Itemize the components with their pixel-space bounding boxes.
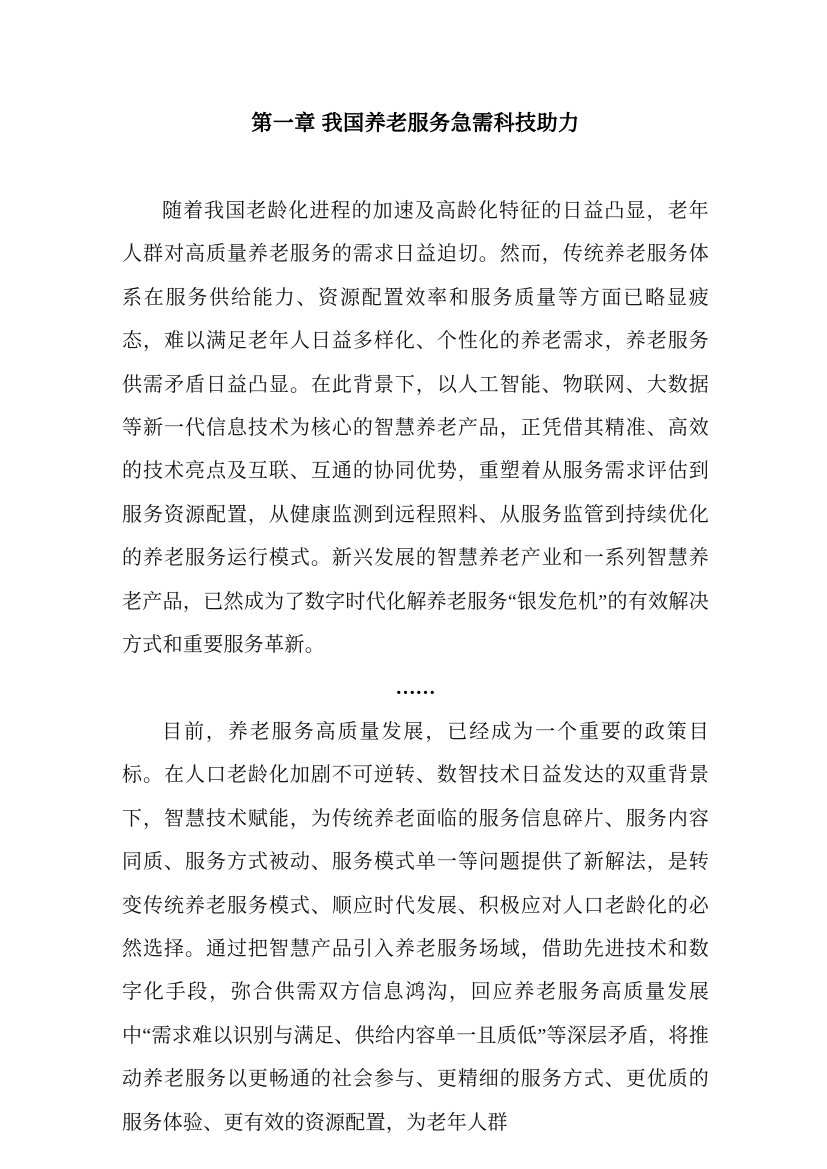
document-page: 第一章 我国养老服务急需科技助力 随着我国老龄化进程的加速及高龄化特征的日益凸显… <box>0 0 827 1169</box>
paragraph-2: 目前，养老服务高质量发展，已经成为一个重要的政策目标。在人口老龄化加剧不可逆转、… <box>122 711 709 1145</box>
chapter-title: 第一章 我国养老服务急需科技助力 <box>122 101 709 145</box>
ellipsis-separator: …… <box>122 667 709 710</box>
paragraph-1: 随着我国老龄化进程的加速及高龄化特征的日益凸显，老年人群对高质量养老服务的需求日… <box>122 190 709 667</box>
